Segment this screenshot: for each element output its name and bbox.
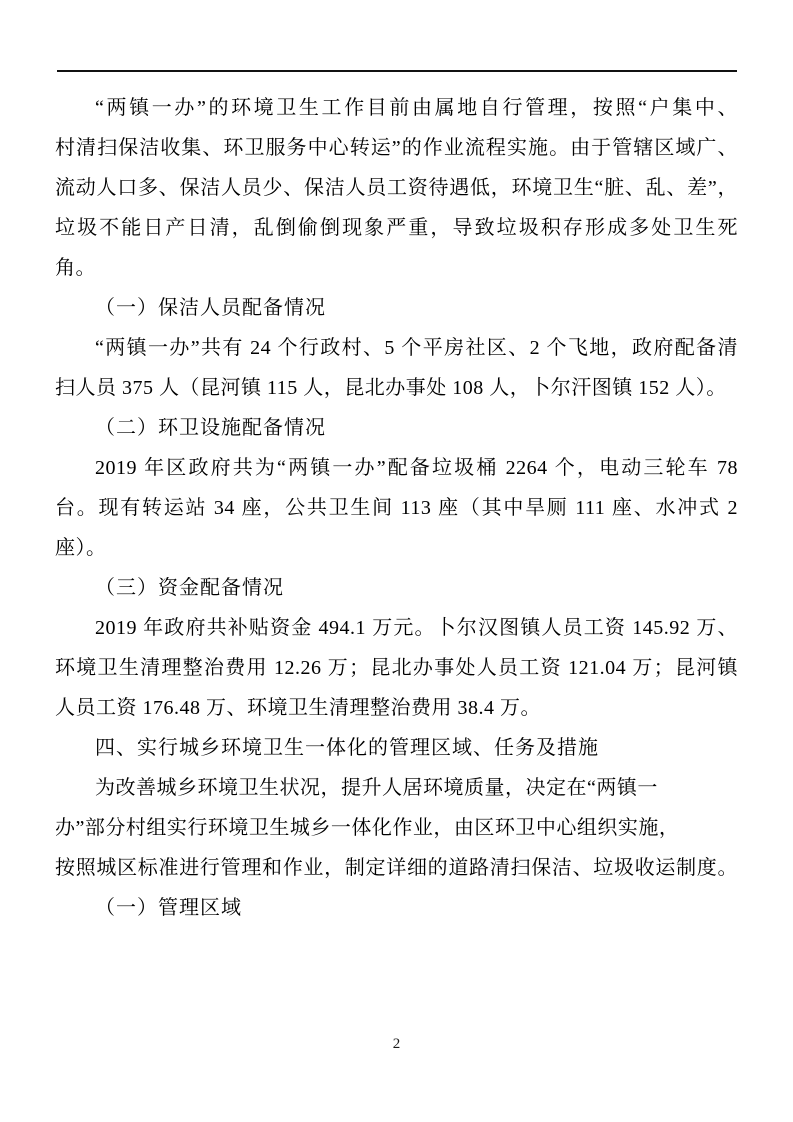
paragraph-line: 台。现有转运站 34 座，公共卫生间 113 座（其中旱厕 111 座、水冲式 … [55,488,738,528]
page-number: 2 [0,1036,793,1053]
paragraph-line: “两镇一办”的环境卫生工作目前由属地自行管理，按照“户集中、 [55,88,738,128]
paragraph-line: 环境卫生清理整治费用 12.26 万；昆北办事处人员工资 121.04 万；昆河… [55,648,738,688]
paragraph-line: 2019 年区政府共为“两镇一办”配备垃圾桶 2264 个，电动三轮车 78 [55,448,738,488]
paragraph-line: 角。 [55,248,738,288]
heading-sanitation-facilities: （二）环卫设施配备情况 [55,408,738,448]
heading-funding: （三）资金配备情况 [55,568,738,608]
heading-cleaning-staff: （一）保洁人员配备情况 [55,288,738,328]
paragraph-line: 座）。 [55,528,738,568]
paragraph-line: 村清扫保洁收集、环卫服务中心转运”的作业流程实施。由于管辖区域广、 [55,128,738,168]
paragraph-line: 按照城区标准进行管理和作业，制定详细的道路清扫保洁、垃圾收运制度。 [55,848,738,888]
document-body: “两镇一办”的环境卫生工作目前由属地自行管理，按照“户集中、 村清扫保洁收集、环… [55,88,738,928]
header-rule [57,70,737,72]
paragraph-line: 流动人口多、保洁人员少、保洁人员工资待遇低，环境卫生“脏、乱、差”， [55,168,738,208]
paragraph-line: “两镇一办”共有 24 个行政村、5 个平房社区、2 个飞地，政府配备清 [55,328,738,368]
paragraph-line: 办”部分村组实行环境卫生城乡一体化作业，由区环卫中心组织实施， [55,808,738,848]
paragraph-line: 扫人员 375 人（昆河镇 115 人，昆北办事处 108 人，卜尔汗图镇 15… [55,368,738,408]
paragraph-line: 人员工资 176.48 万、环境卫生清理整治费用 38.4 万。 [55,688,738,728]
paragraph-line: 垃圾不能日产日清，乱倒偷倒现象严重，导致垃圾积存形成多处卫生死 [55,208,738,248]
paragraph-line: 为改善城乡环境卫生状况，提升人居环境质量，决定在“两镇一 [55,768,738,808]
document-page: “两镇一办”的环境卫生工作目前由属地自行管理，按照“户集中、 村清扫保洁收集、环… [0,0,793,1122]
heading-section-four: 四、实行城乡环境卫生一体化的管理区域、任务及措施 [55,728,738,768]
heading-management-area: （一）管理区域 [55,888,738,928]
paragraph-line: 2019 年政府共补贴资金 494.1 万元。卜尔汉图镇人员工资 145.92 … [55,608,738,648]
